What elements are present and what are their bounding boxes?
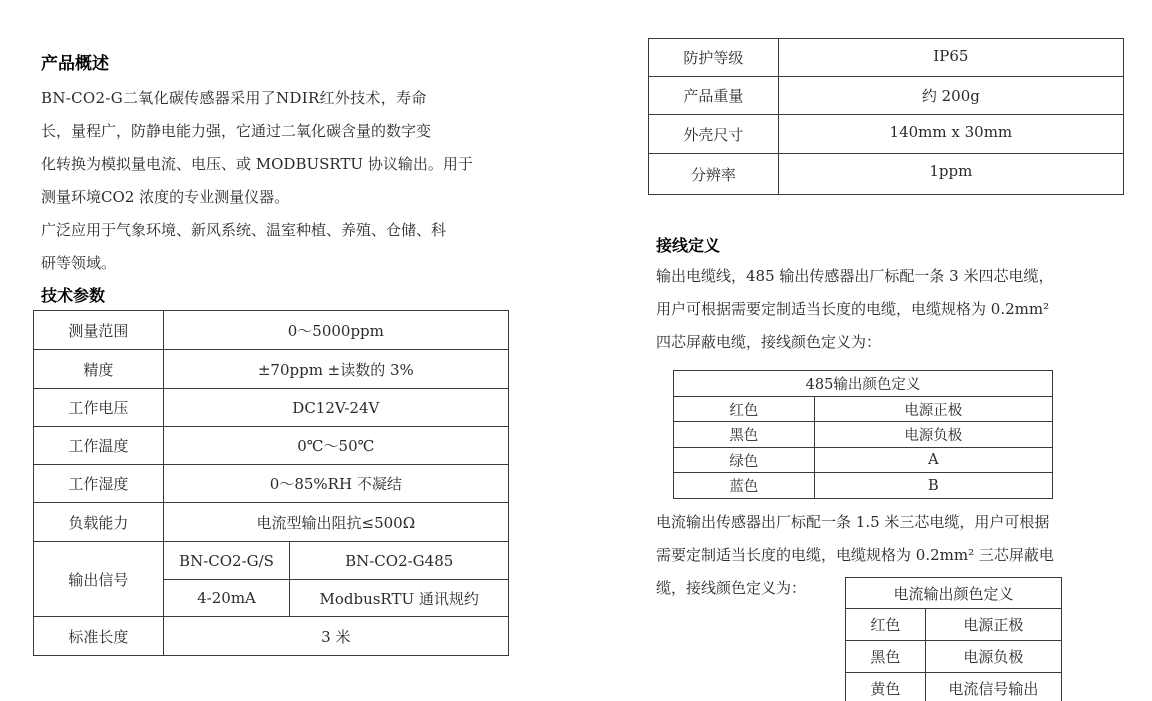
table-row: 485输出颜色定义 <box>674 371 1053 397</box>
current-color-table: 电流输出颜色定义 红色 电源正极 黑色 电源负极 黄色 电流信号输出 <box>845 577 1062 701</box>
wiring-heading: 接线定义 <box>656 233 720 256</box>
spec-value: 约 200g <box>778 77 1123 115</box>
overview-line: 长，量程广，防静电能力强，它通过二氧化碳含量的数字变 <box>41 115 511 148</box>
wire-color: 黄色 <box>846 673 926 701</box>
table-row: 负载能力 电流型输出阻抗≤500Ω <box>34 503 509 542</box>
output-model: BN-CO2-G/S <box>163 542 290 580</box>
spec-label: 负载能力 <box>34 503 164 542</box>
spec-label: 工作温度 <box>34 427 164 465</box>
spec-label: 分辨率 <box>649 154 779 195</box>
table-row: 产品重量 约 200g <box>649 77 1124 115</box>
spec-value: 1ppm <box>778 154 1123 195</box>
specs-heading: 技术参数 <box>41 283 105 306</box>
wire-meaning: 电源正极 <box>925 609 1061 641</box>
spec-value: 电流型输出阻抗≤500Ω <box>163 503 508 542</box>
output-signal-label: 输出信号 <box>34 542 164 617</box>
overview-line: BN-CO2-G二氧化碳传感器采用了NDIR红外技术，寿命 <box>41 82 511 115</box>
spec-value: ±70ppm ±读数的 3% <box>163 350 508 389</box>
spec-label: 标准长度 <box>34 617 164 656</box>
table-row: 绿色 A <box>674 448 1053 473</box>
wire-color: 绿色 <box>674 448 815 473</box>
table-row: 标准长度 3 米 <box>34 617 509 656</box>
current-line: 需要定制适当长度的电缆，电缆规格为 0.2mm² 三芯屏蔽电 <box>656 539 1126 572</box>
output-model: BN-CO2-G485 <box>290 542 509 580</box>
table-row: 输出信号 BN-CO2-G/S BN-CO2-G485 <box>34 542 509 580</box>
table-row: 测量范围 0～5000ppm <box>34 311 509 350</box>
wire-meaning: 电源负极 <box>925 641 1061 673</box>
table-row: 黑色 电源负极 <box>674 422 1053 448</box>
wire-meaning: A <box>814 448 1052 473</box>
current-line: 电流输出传感器出厂标配一条 1.5 米三芯电缆，用户可根据 <box>656 506 1126 539</box>
overview-heading: 产品概述 <box>41 49 109 74</box>
table-row: 分辨率 1ppm <box>649 154 1124 195</box>
overview-line: 测量环境CO2 浓度的专业测量仪器。 <box>41 181 511 214</box>
table-row: 外壳尺寸 140mm x 30mm <box>649 115 1124 154</box>
table-row: 黄色 电流信号输出 <box>846 673 1062 701</box>
table-row: 工作湿度 0～85%RH 不凝结 <box>34 465 509 503</box>
wiring-line: 输出电缆线，485 输出传感器出厂标配一条 3 米四芯电缆， <box>656 260 1126 293</box>
spec-label: 外壳尺寸 <box>649 115 779 154</box>
spec-value: 140mm x 30mm <box>778 115 1123 154</box>
table-row: 工作电压 DC12V-24V <box>34 389 509 427</box>
spec-value: DC12V-24V <box>163 389 508 427</box>
wire-color: 红色 <box>846 609 926 641</box>
wire-meaning: 电流信号输出 <box>925 673 1061 701</box>
table-row: 黑色 电源负极 <box>846 641 1062 673</box>
spec-label: 产品重量 <box>649 77 779 115</box>
wiring-line: 四芯屏蔽电缆，接线颜色定义为： <box>656 326 1126 359</box>
spec-label: 精度 <box>34 350 164 389</box>
wire-meaning: B <box>814 473 1052 499</box>
spec-value: 0～5000ppm <box>163 311 508 350</box>
wiring-line: 用户可根据需要定制适当长度的电缆，电缆规格为 0.2mm² <box>656 293 1126 326</box>
table-row: 电流输出颜色定义 <box>846 578 1062 609</box>
wire-meaning: 电源正极 <box>814 397 1052 422</box>
rs485-color-table: 485输出颜色定义 红色 电源正极 黑色 电源负极 绿色 A 蓝色 B <box>673 370 1053 499</box>
output-signal: 4-20mA <box>163 580 290 617</box>
specs-table: 测量范围 0～5000ppm 精度 ±70ppm ±读数的 3% 工作电压 DC… <box>33 310 509 656</box>
current-table-title: 电流输出颜色定义 <box>846 578 1062 609</box>
overview-line: 广泛应用于气象环境、新风系统、温室种植、养殖、仓储、科 <box>41 214 511 247</box>
wire-meaning: 电源负极 <box>814 422 1052 448</box>
table-row: 红色 电源正极 <box>674 397 1053 422</box>
wire-color: 红色 <box>674 397 815 422</box>
table-row: 工作温度 0℃～50℃ <box>34 427 509 465</box>
wire-color: 黑色 <box>846 641 926 673</box>
table-row: 防护等级 IP65 <box>649 39 1124 77</box>
overview-line: 化转换为模拟量电流、电压、或 MODBUSRTU 协议输出。用于 <box>41 148 511 181</box>
overview-line: 研等领域。 <box>41 247 511 280</box>
spec-label: 防护等级 <box>649 39 779 77</box>
table-row: 精度 ±70ppm ±读数的 3% <box>34 350 509 389</box>
spec-label: 工作湿度 <box>34 465 164 503</box>
spec-label: 工作电压 <box>34 389 164 427</box>
rs485-table-title: 485输出颜色定义 <box>674 371 1053 397</box>
table-row: 蓝色 B <box>674 473 1053 499</box>
specs-table-continued: 防护等级 IP65 产品重量 约 200g 外壳尺寸 140mm x 30mm … <box>648 38 1124 195</box>
wire-color: 蓝色 <box>674 473 815 499</box>
spec-value: IP65 <box>778 39 1123 77</box>
spec-value: 3 米 <box>163 617 508 656</box>
spec-value: 0～85%RH 不凝结 <box>163 465 508 503</box>
overview-text: BN-CO2-G二氧化碳传感器采用了NDIR红外技术，寿命 长，量程广，防静电能… <box>41 82 511 280</box>
spec-label: 测量范围 <box>34 311 164 350</box>
spec-value: 0℃～50℃ <box>163 427 508 465</box>
table-row: 红色 电源正极 <box>846 609 1062 641</box>
wire-color: 黑色 <box>674 422 815 448</box>
output-signal: ModbusRTU 通讯规约 <box>290 580 509 617</box>
wiring-text: 输出电缆线，485 输出传感器出厂标配一条 3 米四芯电缆， 用户可根据需要定制… <box>656 260 1126 359</box>
